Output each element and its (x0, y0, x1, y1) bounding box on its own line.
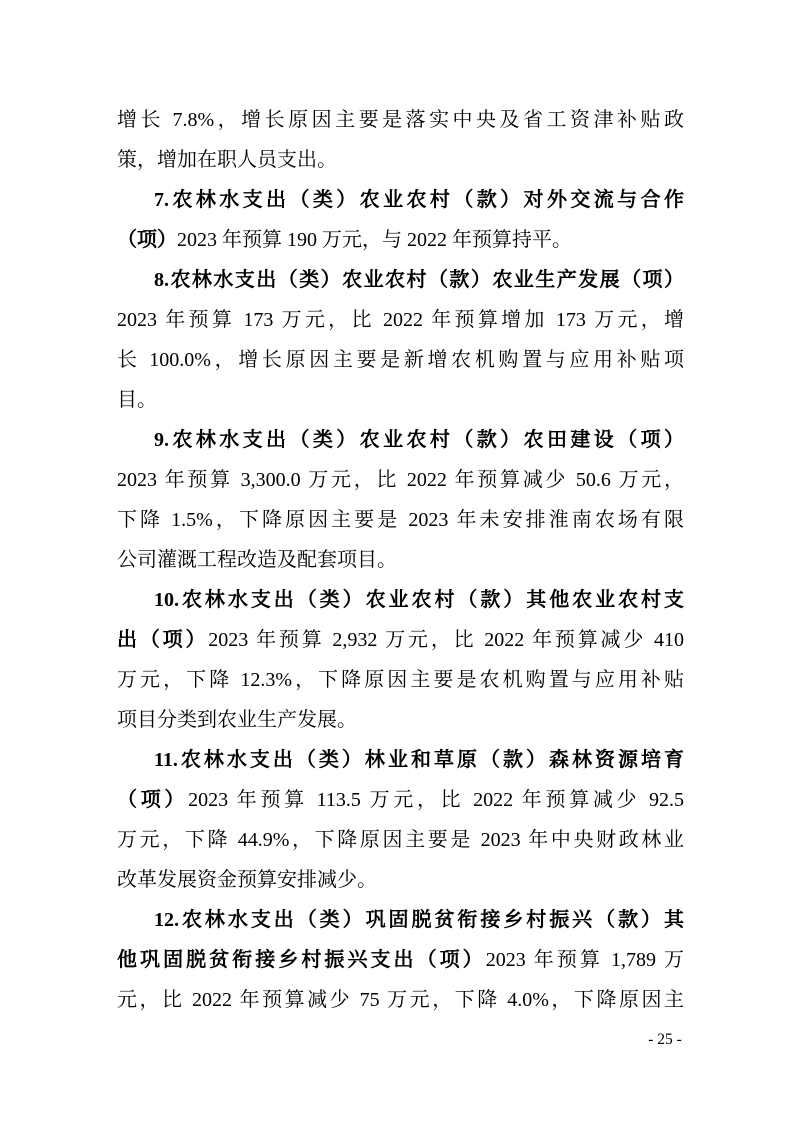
text-segment: 长 100.0%，增长原因主要是新增农机购置与应用补贴项 (117, 349, 684, 371)
text-line: 增长 7.8%，增长原因主要是落实中央及省工资津补贴政 (117, 100, 684, 140)
text-line: 策，增加在职人员支出。 (117, 140, 684, 180)
text-segment: 增长 7.8%，增长原因主要是落实中央及省工资津补贴政 (117, 109, 684, 131)
text-segment: 2023 年预算 1,789 万 (486, 949, 684, 971)
text-line: 目。 (117, 380, 684, 420)
text-line: 10.农林水支出（类）农业农村（款）其他农业农村支 (117, 580, 684, 620)
text-line: 出（项）2023 年预算 2,932 万元，比 2022 年预算减少 410 (117, 620, 684, 660)
heading-segment: 11.农林水支出（类）林业和草原（款）森林资源培育 (154, 749, 684, 771)
document-page: 增长 7.8%，增长原因主要是落实中央及省工资津补贴政策，增加在职人员支出。7.… (0, 0, 794, 1123)
document-body: 增长 7.8%，增长原因主要是落实中央及省工资津补贴政策，增加在职人员支出。7.… (117, 100, 684, 1020)
text-line: 长 100.0%，增长原因主要是新增农机购置与应用补贴项 (117, 340, 684, 380)
text-line: 项目分类到农业生产发展。 (117, 700, 684, 740)
text-segment: 改革发展资金预算安排减少。 (117, 869, 377, 891)
text-segment: 万元，下降 44.9%，下降原因主要是 2023 年中央财政林业 (117, 829, 684, 851)
text-segment: 2023 年预算 113.5 万元，比 2022 年预算减少 92.5 (188, 789, 684, 811)
heading-segment: 10.农林水支出（类）农业农村（款）其他农业农村支 (154, 589, 684, 611)
text-line: 元，比 2022 年预算减少 75 万元，下降 4.0%，下降原因主 (117, 980, 684, 1020)
text-segment: 2023 年预算 173 万元，比 2022 年预算增加 173 万元，增 (117, 309, 684, 331)
heading-segment: 出（项） (117, 629, 208, 651)
heading-segment: 8.农林水支出（类）农业农村（款）农业生产发展（项） (154, 269, 684, 291)
heading-segment: （项） (117, 789, 188, 811)
text-line: 公司灌溉工程改造及配套项目。 (117, 540, 684, 580)
text-segment: 2023 年预算 190 万元，与 2022 年预算持平。 (177, 229, 572, 251)
text-line: 万元，下降 12.3%，下降原因主要是农机购置与应用补贴 (117, 660, 684, 700)
text-segment: 公司灌溉工程改造及配套项目。 (117, 549, 397, 571)
text-segment: 下降 1.5%，下降原因主要是 2023 年未安排淮南农场有限 (117, 509, 684, 531)
text-segment: 策，增加在职人员支出。 (117, 149, 337, 171)
text-segment: 2023 年预算 3,300.0 万元，比 2022 年预算减少 50.6 万元… (117, 469, 684, 491)
text-line: 7.农林水支出（类）农业农村（款）对外交流与合作 (117, 180, 684, 220)
text-line: （项）2023 年预算 190 万元，与 2022 年预算持平。 (117, 220, 684, 260)
text-segment: 万元，下降 12.3%，下降原因主要是农机购置与应用补贴 (117, 669, 684, 691)
text-segment: 项目分类到农业生产发展。 (117, 709, 357, 731)
text-segment: 2023 年预算 2,932 万元，比 2022 年预算减少 410 (208, 629, 684, 651)
heading-segment: 7.农林水支出（类）农业农村（款）对外交流与合作 (154, 189, 684, 211)
text-line: 12.农林水支出（类）巩固脱贫衔接乡村振兴（款）其 (117, 900, 684, 940)
heading-segment: 9.农林水支出（类）农业农村（款）农田建设（项） (154, 429, 684, 451)
page-number: - 25 - (620, 1030, 710, 1050)
heading-segment: 他巩固脱贫衔接乡村振兴支出（项） (117, 949, 486, 971)
text-line: 2023 年预算 173 万元，比 2022 年预算增加 173 万元，增 (117, 300, 684, 340)
text-line: 9.农林水支出（类）农业农村（款）农田建设（项） (117, 420, 684, 460)
text-line: 下降 1.5%，下降原因主要是 2023 年未安排淮南农场有限 (117, 500, 684, 540)
text-segment: 元，比 2022 年预算减少 75 万元，下降 4.0%，下降原因主 (117, 989, 684, 1011)
text-line: 11.农林水支出（类）林业和草原（款）森林资源培育 (117, 740, 684, 780)
heading-segment: （项） (117, 229, 177, 251)
text-line: 他巩固脱贫衔接乡村振兴支出（项）2023 年预算 1,789 万 (117, 940, 684, 980)
text-line: （项）2023 年预算 113.5 万元，比 2022 年预算减少 92.5 (117, 780, 684, 820)
text-line: 8.农林水支出（类）农业农村（款）农业生产发展（项） (117, 260, 684, 300)
text-line: 改革发展资金预算安排减少。 (117, 860, 684, 900)
text-segment: 目。 (117, 389, 157, 411)
text-line: 2023 年预算 3,300.0 万元，比 2022 年预算减少 50.6 万元… (117, 460, 684, 500)
text-line: 万元，下降 44.9%，下降原因主要是 2023 年中央财政林业 (117, 820, 684, 860)
heading-segment: 12.农林水支出（类）巩固脱贫衔接乡村振兴（款）其 (154, 909, 684, 931)
